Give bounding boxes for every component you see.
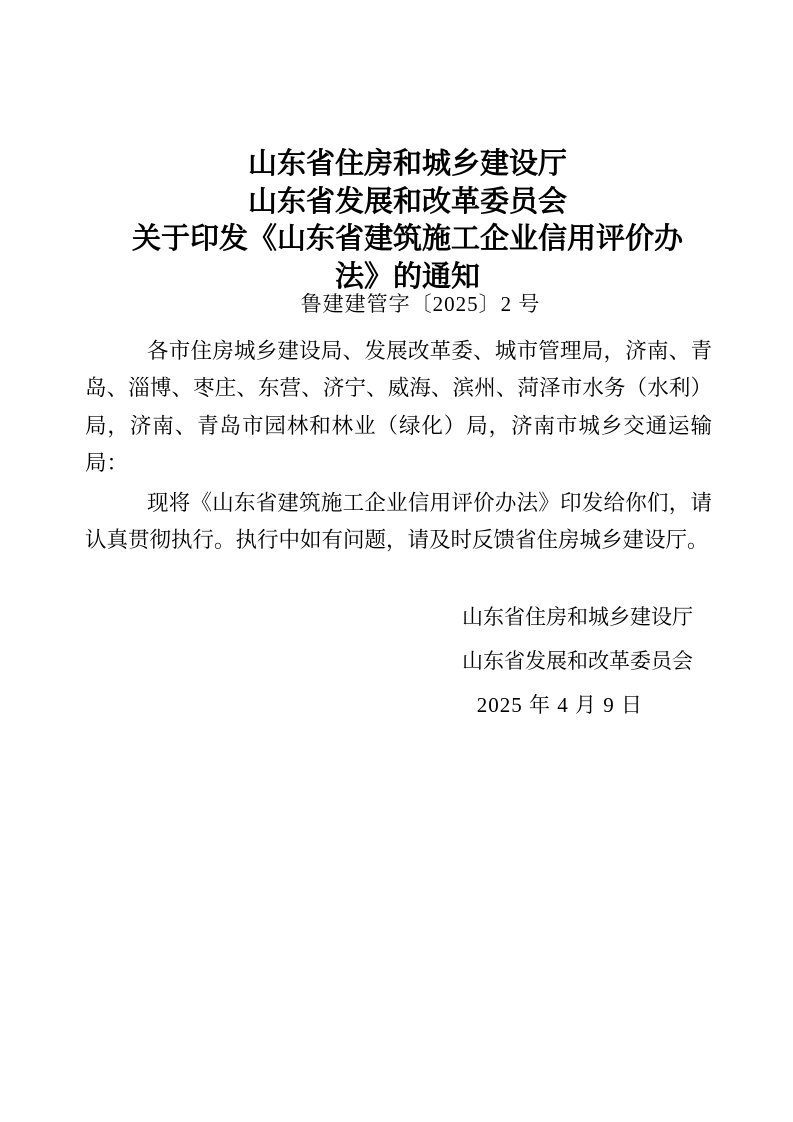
- document-page: 山东省住房和城乡建设厅 山东省发展和改革委员会 关于印发《山东省建筑施工企业信用…: [0, 0, 793, 1122]
- signature-org-2: 山东省发展和改革委员会: [85, 639, 712, 683]
- title-agency-line-1: 山东省住房和城乡建设厅: [103, 146, 712, 184]
- document-body: 各市住房城乡建设局、发展改革委、城市管理局，济南、青 岛、淄博、枣庄、东营、济宁…: [85, 333, 712, 559]
- main-paragraph: 现将《山东省建筑施工企业信用评价办法》印发给你们，请 认真贯彻执行。执行中如有问…: [85, 485, 712, 560]
- document-number: 鲁建建管字〔2025〕2 号: [85, 289, 712, 319]
- document-title: 山东省住房和城乡建设厅 山东省发展和改革委员会 关于印发《山东省建筑施工企业信用…: [85, 146, 712, 296]
- title-subject-line-1: 关于印发《山东省建筑施工企业信用评价办: [103, 221, 712, 259]
- signature-block: 山东省住房和城乡建设厅 山东省发展和改革委员会 2025 年 4 月 9 日: [85, 595, 712, 727]
- body-line: 各市住房城乡建设局、发展改革委、城市管理局，济南、青: [85, 333, 712, 370]
- addressee-paragraph: 各市住房城乡建设局、发展改革委、城市管理局，济南、青 岛、淄博、枣庄、东营、济宁…: [85, 333, 712, 483]
- signature-org-1: 山东省住房和城乡建设厅: [85, 595, 712, 639]
- body-line: 局，济南、青岛市园林和林业（绿化）局，济南市城乡交通运输: [85, 408, 712, 445]
- body-line: 现将《山东省建筑施工企业信用评价办法》印发给你们，请: [85, 485, 712, 522]
- body-line: 岛、淄博、枣庄、东营、济宁、威海、滨州、菏泽市水务（水利）: [85, 370, 712, 407]
- body-line: 局：: [85, 445, 712, 482]
- title-agency-line-2: 山东省发展和改革委员会: [103, 184, 712, 222]
- signature-date: 2025 年 4 月 9 日: [85, 683, 712, 727]
- body-line: 认真贯彻执行。执行中如有问题，请及时反馈省住房城乡建设厅。: [85, 522, 712, 559]
